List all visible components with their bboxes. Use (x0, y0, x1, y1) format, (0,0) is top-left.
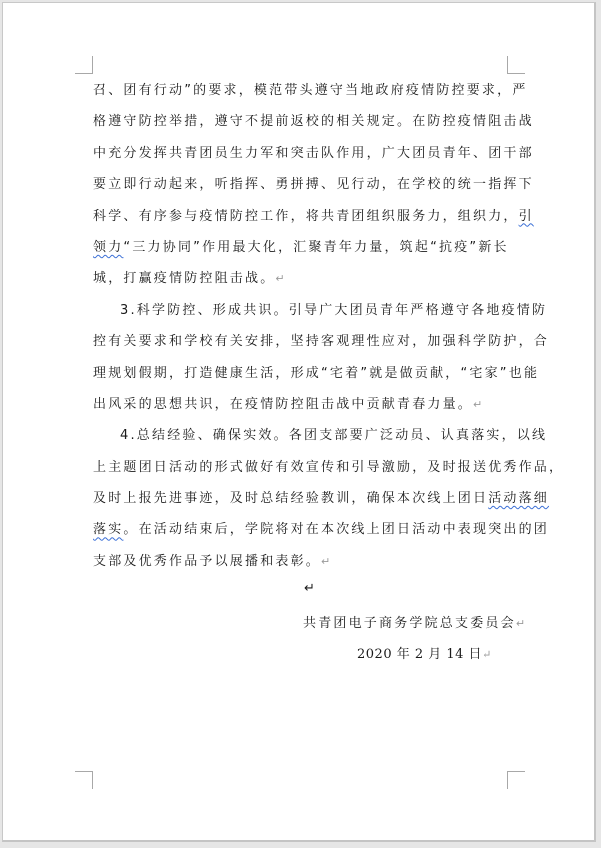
signature-text: 共青团电子商务学院总支委员会 (303, 616, 516, 631)
margin-corner-bottom-left (75, 771, 93, 789)
empty-paragraph-mark-icon: ↵ (304, 581, 317, 596)
spellcheck-underline[interactable]: 落实 (93, 522, 123, 537)
text-line: 4.总结经验、确保实效。各团支部要广泛动员、认真落实，以线 (93, 425, 508, 456)
text-line: 理规划假期，打造健康生活，形成“宅着”就是做贡献，“宅家”也能 (93, 363, 508, 394)
paragraph-mark-icon: ↵ (321, 555, 330, 568)
text-line: 落实。在活动结束后，学院将对在本次线上团日活动中表现突出的团 (93, 519, 508, 550)
text-line: 上主题团日活动的形式做好有效宣传和引导激励，及时报送优秀作品， (93, 457, 508, 488)
text-line: 科学、有序参与疫情防控工作，将共青团组织服务力，组织力，引 (93, 206, 508, 237)
margin-corner-top-left (75, 56, 93, 74)
date-text: 2020 年 2 月 14 日 (357, 647, 482, 662)
text-line: 要立即行动起来，听指挥、勇拼搏、见行动，在学校的统一指挥下 (93, 174, 508, 205)
text-line: 中充分发挥共青团员生力军和突击队作用，广大团员青年、团干部 (93, 143, 508, 174)
margin-corner-top-right (507, 56, 525, 74)
document-body[interactable]: 召、团有行动”的要求，模范带头遵守当地政府疫情防控要求，严 格遵守防控举措，遵守… (93, 80, 508, 582)
text-line: 领力“三力协同”作用最大化，汇聚青年力量，筑起“抗疫”新长 (93, 237, 508, 268)
signature-line: 共青团电子商务学院总支委员会↵ (303, 612, 525, 631)
text-line: 出风采的思想共识，在疫情防控阻击战中贡献青春力量。↵ (93, 394, 508, 425)
spellcheck-underline[interactable]: 引 (519, 209, 534, 224)
margin-corner-bottom-right (507, 771, 525, 789)
text-line: 控有关要求和学校有关安排，坚持客观理性应对，加强科学防护，合 (93, 331, 508, 362)
paragraph-mark-icon: ↵ (516, 617, 525, 630)
document-page[interactable]: 召、团有行动”的要求，模范带头遵守当地政府疫情防控要求，严 格遵守防控举措，遵守… (2, 2, 596, 842)
paragraph-mark-icon: ↵ (275, 272, 284, 285)
paragraph-mark-icon: ↵ (473, 398, 482, 411)
text-line: 及时上报先进事迹，及时总结经验教训，确保本次线上团日活动落细 (93, 488, 508, 519)
text-line: 格遵守防控举措，遵守不提前返校的相关规定。在防控疫情阻击战 (93, 111, 508, 142)
spellcheck-underline[interactable]: 活动落细 (488, 491, 549, 506)
text-line: 3.科学防控、形成共识。引导广大团员青年严格遵守各地疫情防 (93, 300, 508, 331)
spellcheck-underline[interactable]: 领力 (93, 240, 123, 255)
text-line: 召、团有行动”的要求，模范带头遵守当地政府疫情防控要求，严 (93, 80, 508, 111)
date-line: 2020 年 2 月 14 日↵ (357, 643, 491, 662)
paragraph-mark-icon: ↵ (482, 648, 491, 661)
text-line: 支部及优秀作品予以展播和表彰。↵ (93, 551, 508, 582)
text-line: 城，打赢疫情防控阻击战。↵ (93, 268, 508, 299)
